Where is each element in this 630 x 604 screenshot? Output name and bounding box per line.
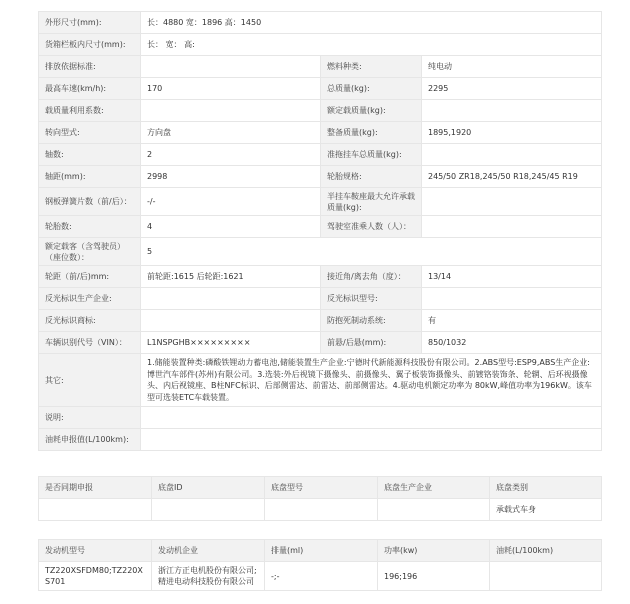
spec-row: 车辆识别代号（VIN）： L1NSPGHB××××××××× 前悬/后悬(mm)… (39, 332, 602, 354)
spec-label: 说明: (39, 407, 141, 429)
spec-label: 整备质量(kg): (321, 122, 422, 144)
spec-label: 轮胎数: (39, 216, 141, 238)
spec-value (422, 144, 602, 166)
chassis-header: 底盘生产企业 (378, 477, 490, 499)
spec-value: -/- (141, 188, 321, 216)
spec-row-cargo-box: 货箱栏板内尺寸(mm): 长： 宽： 高: (39, 34, 602, 56)
engine-table: 发动机型号 发动机企业 排量(ml) 功率(kw) 油耗(L/100km) TZ… (38, 539, 602, 591)
chassis-header: 是否同期申报 (39, 477, 152, 499)
spec-notes: 1.储能装置种类:磷酸铁锂动力蓄电池,储能装置生产企业:宁德时代新能源科技股份有… (141, 354, 602, 407)
spec-label: 最高车速(km/h): (39, 78, 141, 100)
spec-label: 外形尺寸(mm): (39, 12, 141, 34)
spec-label: 反光标识生产企业: (39, 288, 141, 310)
spec-value: 5 (141, 238, 602, 266)
spec-value (141, 288, 321, 310)
engine-cell: 浙江方正电机股份有限公司;精进电动科技股份有限公司 (152, 562, 265, 591)
spec-label: 额定载质量(kg): (321, 100, 422, 122)
spec-row-other: 其它: 1.储能装置种类:磷酸铁锂动力蓄电池,储能装置生产企业:宁德时代新能源科… (39, 354, 602, 407)
spec-label: 轴数: (39, 144, 141, 166)
chassis-table: 是否同期申报 底盘ID 底盘型号 底盘生产企业 底盘类别 承载式车身 (38, 476, 602, 521)
spec-label: 转向型式: (39, 122, 141, 144)
spec-value: 前轮距:1615 后轮距:1621 (141, 266, 321, 288)
spec-label: 接近角/离去角（度）： (321, 266, 422, 288)
spec-row-dimensions: 外形尺寸(mm): 长：4880 宽：1896 高：1450 (39, 12, 602, 34)
spec-value: 1895,1920 (422, 122, 602, 144)
spec-label: 半挂车鞍座最大允许承载质量(kg): (321, 188, 422, 216)
spec-label: 总质量(kg): (321, 78, 422, 100)
spec-label: 轴距(mm): (39, 166, 141, 188)
spec-value: 4 (141, 216, 321, 238)
spec-row: 载质量利用系数: 额定载质量(kg): (39, 100, 602, 122)
spec-value: 长： 宽： 高: (141, 34, 602, 56)
engine-header: 发动机企业 (152, 540, 265, 562)
engine-section: 发动机型号 发动机企业 排量(ml) 功率(kw) 油耗(L/100km) TZ… (38, 539, 601, 591)
spec-row: 反光标识商标: 防抱死制动系统: 有 (39, 310, 602, 332)
engine-header: 油耗(L/100km) (490, 540, 602, 562)
spec-value: 245/50 ZR18,245/50 R18,245/45 R19 (422, 166, 602, 188)
spec-label: 驾驶室准乘人数（人）： (321, 216, 422, 238)
spec-value: L1NSPGHB××××××××× (141, 332, 321, 354)
vehicle-spec-table: 外形尺寸(mm): 长：4880 宽：1896 高：1450 货箱栏板内尺寸(m… (38, 11, 602, 451)
spec-value: 长：4880 宽：1896 高：1450 (141, 12, 602, 34)
spec-label: 燃料种类: (321, 56, 422, 78)
spec-row-seats: 额定载客（含驾驶员）（座位数）： 5 (39, 238, 602, 266)
spec-label: 货箱栏板内尺寸(mm): (39, 34, 141, 56)
spec-value: 850/1032 (422, 332, 602, 354)
spec-value: 170 (141, 78, 321, 100)
spec-label: 防抱死制动系统: (321, 310, 422, 332)
spec-row: 反光标识生产企业: 反光标识型号: (39, 288, 602, 310)
spec-label: 其它: (39, 354, 141, 407)
spec-row: 轴数: 2 准拖挂车总质量(kg): (39, 144, 602, 166)
spec-row-remarks: 说明: (39, 407, 602, 429)
engine-row: TZ220XSFDM80;TZ220XS701 浙江方正电机股份有限公司;精进电… (39, 562, 602, 591)
engine-header: 排量(ml) (265, 540, 378, 562)
spec-label: 轮距（前/后)mm: (39, 266, 141, 288)
chassis-cell: 承载式车身 (490, 499, 602, 521)
engine-header: 发动机型号 (39, 540, 152, 562)
spec-label: 准拖挂车总质量(kg): (321, 144, 422, 166)
spec-row-fuel: 油耗申报值(L/100km): (39, 429, 602, 451)
chassis-cell (378, 499, 490, 521)
spec-value: 方向盘 (141, 122, 321, 144)
spec-value: 2998 (141, 166, 321, 188)
spec-value (422, 288, 602, 310)
engine-cell: TZ220XSFDM80;TZ220XS701 (39, 562, 152, 591)
spec-label: 反光标识型号: (321, 288, 422, 310)
spec-value: 2 (141, 144, 321, 166)
spec-value (422, 188, 602, 216)
engine-header-row: 发动机型号 发动机企业 排量(ml) 功率(kw) 油耗(L/100km) (39, 540, 602, 562)
spec-label: 反光标识商标: (39, 310, 141, 332)
chassis-cell (39, 499, 152, 521)
vehicle-spec-section: 外形尺寸(mm): 长：4880 宽：1896 高：1450 货箱栏板内尺寸(m… (38, 11, 601, 451)
spec-value (141, 100, 321, 122)
engine-cell: -;- (265, 562, 378, 591)
spec-label: 载质量利用系数: (39, 100, 141, 122)
spec-row: 轮胎数: 4 驾驶室准乘人数（人）： (39, 216, 602, 238)
spec-value: 2295 (422, 78, 602, 100)
spec-value (141, 407, 602, 429)
spec-label: 额定载客（含驾驶员）（座位数）： (39, 238, 141, 266)
spec-value: 有 (422, 310, 602, 332)
spec-value: 13/14 (422, 266, 602, 288)
chassis-header-row: 是否同期申报 底盘ID 底盘型号 底盘生产企业 底盘类别 (39, 477, 602, 499)
spec-label: 车辆识别代号（VIN）： (39, 332, 141, 354)
engine-cell: 196;196 (378, 562, 490, 591)
engine-cell (490, 562, 602, 591)
spec-value: 纯电动 (422, 56, 602, 78)
spec-row: 钢板弹簧片数（前/后）： -/- 半挂车鞍座最大允许承载质量(kg): (39, 188, 602, 216)
spec-value (141, 310, 321, 332)
spec-label: 油耗申报值(L/100km): (39, 429, 141, 451)
spec-row: 轴距(mm): 2998 轮胎规格: 245/50 ZR18,245/50 R1… (39, 166, 602, 188)
chassis-cell (152, 499, 265, 521)
spec-row: 排放依据标准: 燃料种类: 纯电动 (39, 56, 602, 78)
spec-row: 转向型式: 方向盘 整备质量(kg): 1895,1920 (39, 122, 602, 144)
spec-row: 轮距（前/后)mm: 前轮距:1615 后轮距:1621 接近角/离去角（度）：… (39, 266, 602, 288)
engine-header: 功率(kw) (378, 540, 490, 562)
spec-value (141, 429, 602, 451)
spec-row: 最高车速(km/h): 170 总质量(kg): 2295 (39, 78, 602, 100)
chassis-header: 底盘ID (152, 477, 265, 499)
spec-label: 轮胎规格: (321, 166, 422, 188)
chassis-row: 承载式车身 (39, 499, 602, 521)
chassis-cell (265, 499, 378, 521)
spec-label: 前悬/后悬(mm): (321, 332, 422, 354)
chassis-section: 是否同期申报 底盘ID 底盘型号 底盘生产企业 底盘类别 承载式车身 (38, 476, 601, 521)
spec-label: 排放依据标准: (39, 56, 141, 78)
spec-value (141, 56, 321, 78)
spec-label: 钢板弹簧片数（前/后）： (39, 188, 141, 216)
chassis-header: 底盘型号 (265, 477, 378, 499)
spec-value (422, 216, 602, 238)
spec-value (422, 100, 602, 122)
chassis-header: 底盘类别 (490, 477, 602, 499)
